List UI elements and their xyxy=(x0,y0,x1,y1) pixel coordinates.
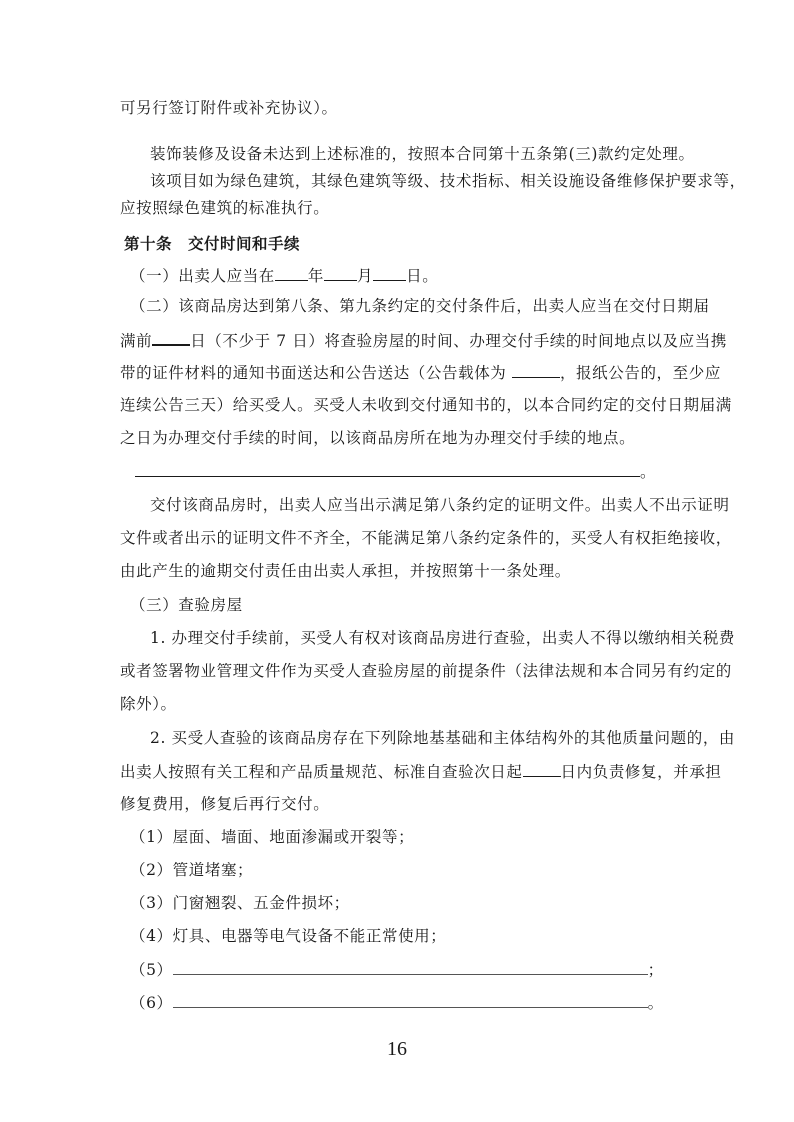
article-heading: 第十条 交付时间和手续 xyxy=(124,234,300,254)
year-label: 年 xyxy=(308,267,324,285)
continuation-line: 可另行签订附件或补充协议）。 xyxy=(120,98,338,118)
period: 。 xyxy=(640,463,656,481)
inspection-2-line: 出卖人按照有关工程和产品质量规范、标准自查验次日起日内负责修复，并承担 xyxy=(120,761,722,782)
clause-2-line: 满前日（不少于 7 日）将查验房屋的时间、办理交付手续的时间地点以及应当携 xyxy=(120,329,727,351)
announcement-medium-blank[interactable] xyxy=(512,362,560,378)
defect-item-1: （1）屋面、墙面、地面渗漏或开裂等； xyxy=(130,827,414,847)
supplementary-blank[interactable] xyxy=(135,461,640,477)
month-blank[interactable] xyxy=(324,265,357,281)
period: 。 xyxy=(648,994,664,1012)
month-label: 月 xyxy=(357,267,373,285)
paragraph-line: 该项目如为绿色建筑，其绿色建筑等级、技术指标、相关设施设备维修保护要求等， xyxy=(150,171,746,191)
inspection-1-line: 1. 办理交付手续前，买受人有权对该商品房进行查验，出卖人不得以缴纳相关税费 xyxy=(150,628,735,648)
item-6-label: （6） xyxy=(130,994,173,1012)
clause-2-line: 之日为办理交付手续的时间，以该商品房所在地为办理交付手续的地点。 xyxy=(120,428,635,448)
clause-2-text: 满前 xyxy=(120,332,152,350)
clause-2-line: （二）该商品房达到第八条、第九条约定的交付条件后，出卖人应当在交付日期届 xyxy=(130,296,710,316)
defect-item-4: （4）灯具、电器等电气设备不能正常使用； xyxy=(130,926,446,946)
repair-days-blank[interactable] xyxy=(523,761,561,777)
clause-2-text: 带的证件材料的通知书面送达和公告送达（公告载体为 xyxy=(120,364,512,382)
clause-2-text: ，报纸公告的，至少应 xyxy=(560,364,721,382)
day-label: 日。 xyxy=(406,267,438,285)
supplementary-line: 。 xyxy=(135,461,656,482)
year-blank[interactable] xyxy=(275,265,308,281)
inspection-2-text: 日内负责修复，并承担 xyxy=(561,763,722,781)
page-number: 16 xyxy=(0,1038,794,1061)
defect-item-2: （2）管道堵塞； xyxy=(130,860,253,880)
semicolon: ； xyxy=(648,961,664,979)
inspection-1-line: 除外）。 xyxy=(120,694,177,714)
clause-3-line: 由此产生的逾期交付责任由出卖人承担，并按照第十一条处理。 xyxy=(120,561,571,581)
inspection-2-text: 出卖人按照有关工程和产品质量规范、标准自查验次日起 xyxy=(120,763,523,781)
clause-1: （一）出卖人应当在年月日。 xyxy=(130,265,438,286)
defect-item-5: （5）； xyxy=(130,959,664,980)
clause-2-line: 连续公告三天）给买受人。买受人未收到交付通知书的，以本合同约定的交付日期届满 xyxy=(120,395,732,415)
clause-2-line: 带的证件材料的通知书面送达和公告送达（公告载体为 ，报纸公告的，至少应 xyxy=(120,362,721,383)
clause-2-text: 日（不少于 7 日）将查验房屋的时间、办理交付手续的时间地点以及应当携 xyxy=(190,332,727,350)
item-6-blank[interactable] xyxy=(173,992,648,1008)
defect-item-3: （3）门窗翘裂、五金件损坏； xyxy=(130,893,350,913)
inspection-2-line: 修复费用，修复后再行交付。 xyxy=(120,794,329,814)
clause-3-line: 文件或者出示的证明文件不齐全，不能满足第八条约定条件的，买受人有权拒绝接收， xyxy=(120,528,732,548)
clause-1-text: （一）出卖人应当在 xyxy=(130,267,275,285)
inspection-2-line: 2. 买受人查验的该商品房存在下列除地基基础和主体结构外的其他质量问题的，由 xyxy=(150,728,735,748)
day-blank[interactable] xyxy=(373,265,406,281)
inspection-title: （三）查验房屋 xyxy=(130,595,243,615)
paragraph-line: 装饰装修及设备未达到上述标准的，按照本合同第十五条第(三)款约定处理。 xyxy=(150,144,695,164)
item-5-label: （5） xyxy=(130,961,173,979)
document-page: 可另行签订附件或补充协议）。 装饰装修及设备未达到上述标准的，按照本合同第十五条… xyxy=(0,0,794,1122)
clause-3-line: 交付该商品房时，出卖人应当出示满足第八条约定的证明文件。出卖人不出示证明 xyxy=(150,495,730,515)
inspection-1-line: 或者签署物业管理文件作为买受人查验房屋的前提条件（法律法规和本合同另有约定的 xyxy=(120,661,732,681)
defect-item-6: （6）。 xyxy=(130,992,664,1013)
notice-days-blank[interactable] xyxy=(152,329,190,346)
paragraph-line: 应按照绿色建筑的标准执行。 xyxy=(120,198,329,218)
item-5-blank[interactable] xyxy=(173,959,648,975)
